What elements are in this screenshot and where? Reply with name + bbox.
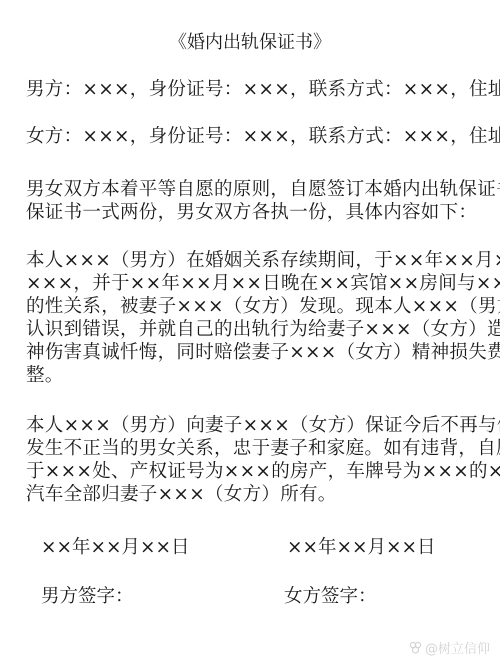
- confession-line: 认识到错误，并就自己的出轨行为给妻子×××（女方）造成的精: [26, 318, 486, 341]
- male-party-info: 男方：×××，身份证号：×××，联系方式：×××，住址×××；: [26, 78, 500, 101]
- female-date: ××年××月××日: [287, 536, 436, 560]
- document-title: 《婚内出轨保证书》: [0, 30, 500, 56]
- confession-line: 神伤害真诚忏悔，同时赔偿妻子×××（女方）精神损失费××万元: [26, 341, 486, 364]
- male-signature-label: 男方签字：: [41, 585, 134, 609]
- male-date: ××年××月××日: [41, 536, 190, 560]
- intro-line: 保证书一式两份，男女双方各执一份，具体内容如下：: [26, 201, 486, 224]
- app-logo-icon: [409, 641, 422, 654]
- confession-line: 整。: [26, 364, 486, 387]
- pledge-paragraph: 本人×××（男方）向妻子×××（女方）保证今后不再与任何女人 发生不正当的男女关…: [26, 414, 486, 506]
- confession-line: 本人×××（男方）在婚姻关系存续期间，于××年××月××日遇见: [26, 249, 486, 272]
- watermark: @树立信仰: [409, 638, 490, 657]
- female-signature-label: 女方签字：: [284, 585, 377, 609]
- confession-paragraph: 本人×××（男方）在婚姻关系存续期间，于××年××月××日遇见 ×××，并于××…: [26, 249, 486, 387]
- confession-line: ×××，并于××年××月××日晚在××宾馆××房间与×××发生不正当: [26, 272, 486, 295]
- confession-line: 的性关系，被妻子×××（女方）发现。现本人×××（男方）已经: [26, 295, 486, 318]
- pledge-line: 发生不正当的男女关系，忠于妻子和家庭。如有违背，自愿将位: [26, 437, 486, 460]
- pledge-line: 本人×××（男方）向妻子×××（女方）保证今后不再与任何女人: [26, 414, 486, 437]
- pledge-line: 于×××处、产权证号为×××的房产，车牌号为×××的××（品牌）: [26, 460, 486, 483]
- document-page: 《婚内出轨保证书》 男方：×××，身份证号：×××，联系方式：×××，住址×××…: [0, 0, 500, 667]
- pledge-line: 汽车全部归妻子×××（女方）所有。: [26, 483, 486, 506]
- intro-paragraph: 男女双方本着平等自愿的原则，自愿签订本婚内出轨保证书。该 保证书一式两份，男女双…: [26, 178, 486, 224]
- intro-line: 男女双方本着平等自愿的原则，自愿签订本婚内出轨保证书。该: [26, 178, 486, 201]
- watermark-text: @树立信仰: [425, 638, 490, 657]
- female-party-info: 女方：×××，身份证号：×××，联系方式：×××，住址×××。: [26, 125, 500, 148]
